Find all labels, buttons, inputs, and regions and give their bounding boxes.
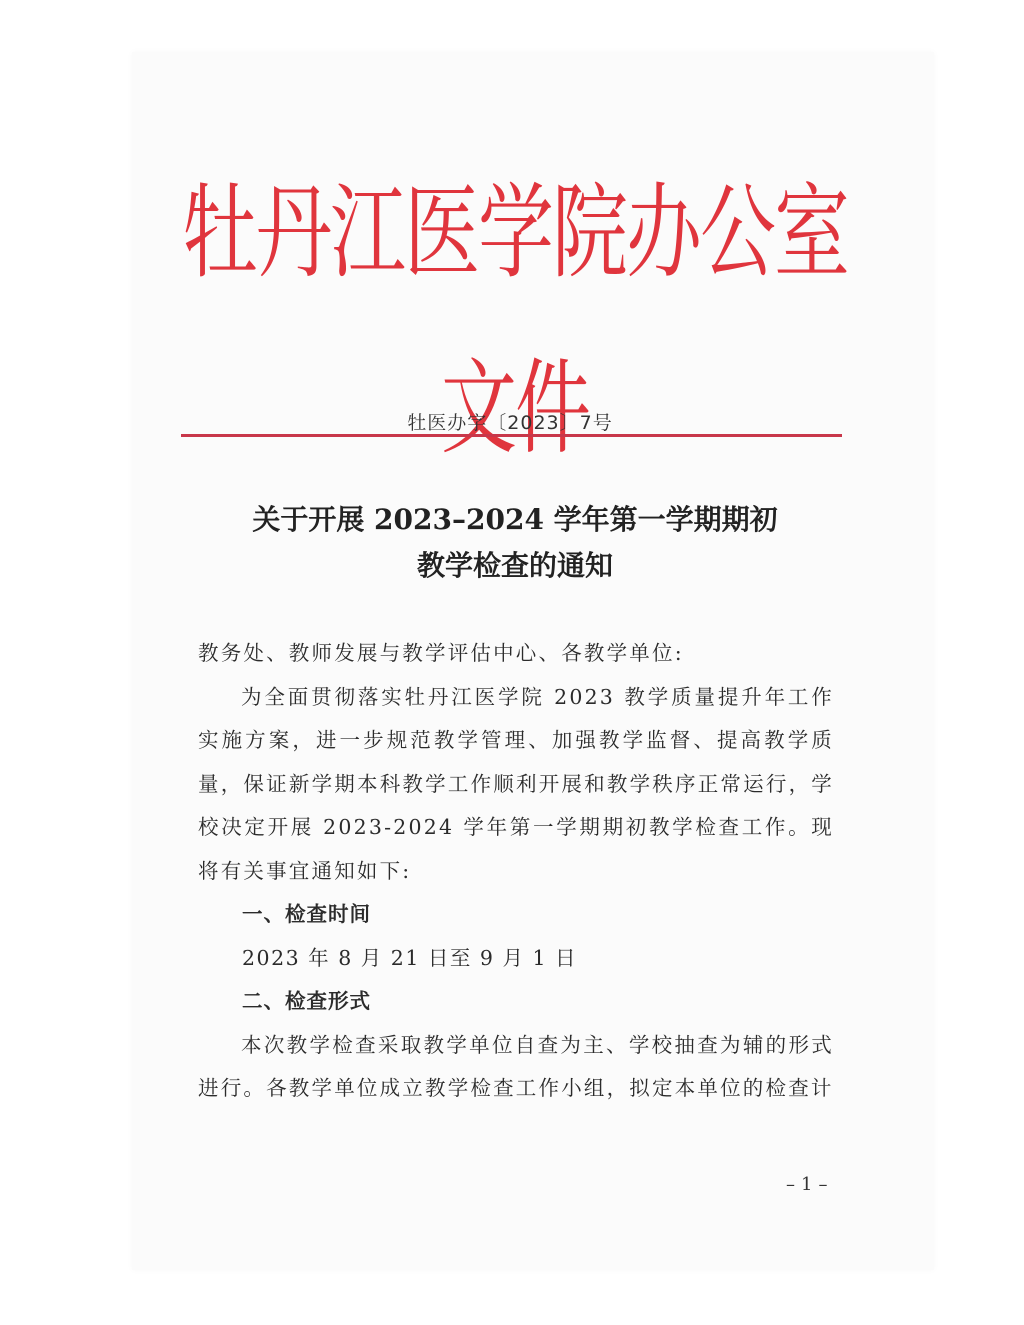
section-content-form: 本次教学检查采取教学单位自查为主、学校抽查为辅的形式进行。各教学单位成立教学检查…	[198, 1024, 834, 1111]
page-number: –1–	[786, 1174, 833, 1195]
document-number: 牡医办字〔2023〕7号	[180, 408, 840, 435]
red-divider-line	[181, 434, 842, 437]
notice-title-line1: 关于开展 2023–2024 学年第一学期期初	[200, 497, 830, 543]
section-content-time: 2023 年 8 月 21 日至 9 月 1 日	[198, 937, 834, 981]
masthead-title: 牡丹江医学院办公室文件	[180, 145, 850, 321]
intro-paragraph: 为全面贯彻落实牡丹江医学院 2023 教学质量提升年工作实施方案，进一步规范教学…	[198, 676, 834, 894]
section-heading-form: 二、检查形式	[198, 980, 834, 1024]
document-body: 教务处、教师发展与教学评估中心、各教学单位: 为全面贯彻落实牡丹江医学院 202…	[198, 632, 834, 1111]
notice-title-line2: 教学检查的通知	[200, 543, 830, 589]
addressee: 教务处、教师发展与教学评估中心、各教学单位:	[198, 632, 834, 676]
notice-title: 关于开展 2023–2024 学年第一学期期初 教学检查的通知	[200, 497, 830, 589]
section-heading-time: 一、检查时间	[198, 893, 834, 937]
